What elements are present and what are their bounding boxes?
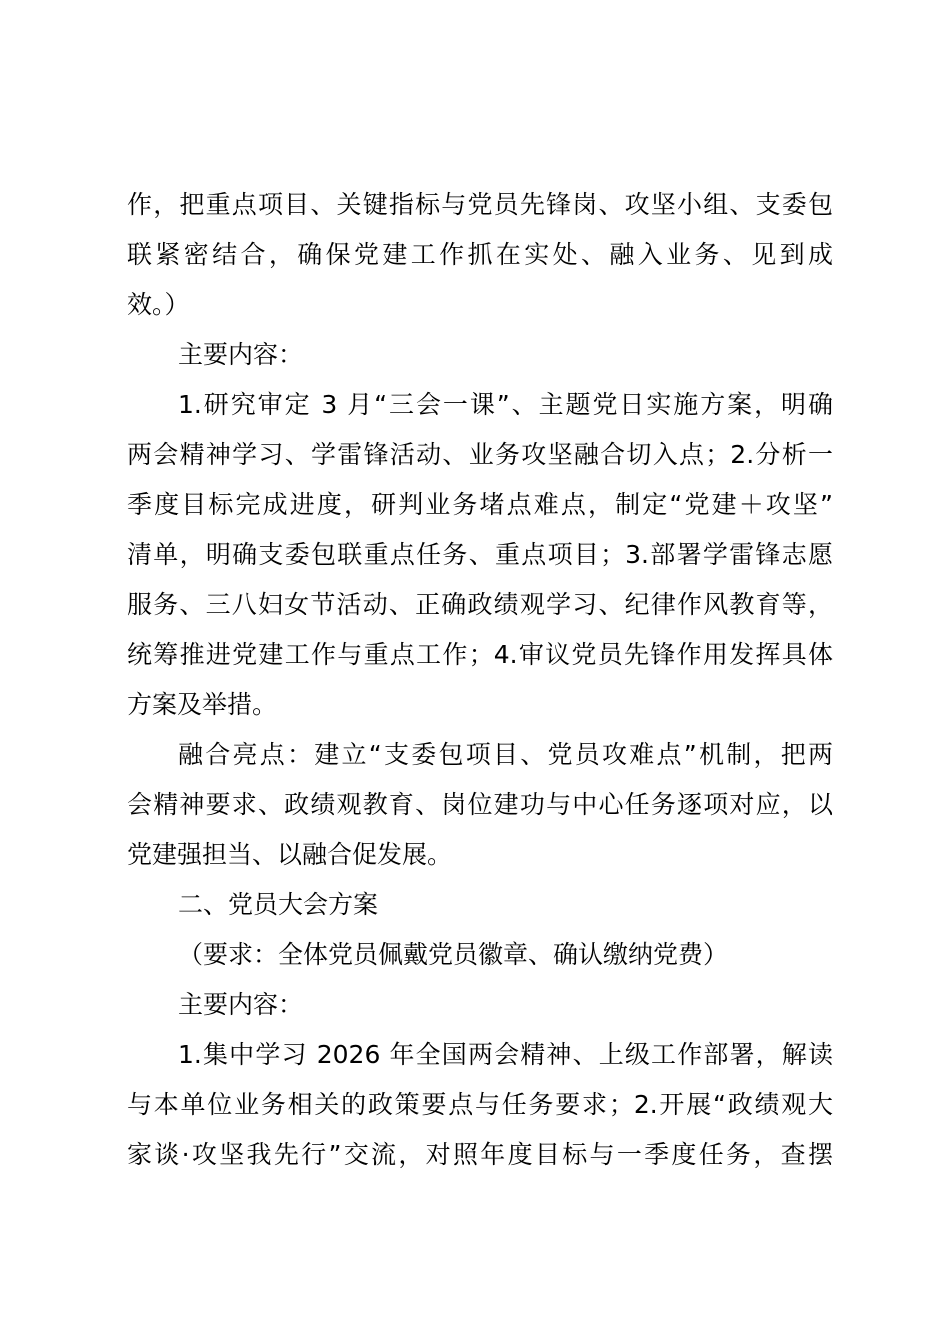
paragraph-line: 联紧密结合，确保党建工作抓在实处、融入业务、见到成 (127, 230, 833, 280)
paragraph-line: 1.研究审定 3 月“三会一课”、主题党日实施方案，明确 (178, 380, 833, 430)
section-label-main-content: 主要内容： (178, 980, 833, 1030)
paragraph-line: 服务、三八妇女节活动、正确政绩观学习、纪律作风教育等， (127, 580, 833, 630)
paragraph-line: 作，把重点项目、关键指标与党员先锋岗、攻坚小组、支委包 (127, 180, 833, 230)
paragraph-line: 家谈·攻坚我先行”交流，对照年度目标与一季度任务，查摆 (127, 1130, 833, 1180)
paragraph-line: 会精神要求、政绩观教育、岗位建功与中心任务逐项对应，以 (127, 780, 833, 830)
requirement-note: （要求：全体党员佩戴党员徽章、确认缴纳党费） (178, 930, 833, 980)
paragraph-line: 季度目标完成进度，研判业务堵点难点，制定“党建＋攻坚” (127, 480, 833, 530)
paragraph-line-highlight: 融合亮点：建立“支委包项目、党员攻难点”机制，把两 (178, 730, 833, 780)
paragraph-line: 统筹推进党建工作与重点工作；4.审议党员先锋作用发挥具体 (127, 630, 833, 680)
paragraph-line: 与本单位业务相关的政策要点与任务要求；2.开展“政绩观大 (127, 1080, 833, 1130)
paragraph-line: 方案及举措。 (127, 680, 833, 730)
paragraph-line: 效。） (127, 280, 833, 330)
paragraph-line: 党建强担当、以融合促发展。 (127, 830, 833, 880)
section-label-main-content: 主要内容： (178, 330, 833, 380)
paragraph-line: 清单，明确支委包联重点任务、重点项目；3.部署学雷锋志愿 (127, 530, 833, 580)
paragraph-line: 1.集中学习 2026 年全国两会精神、上级工作部署，解读 (178, 1030, 833, 1080)
document-page: 作，把重点项目、关键指标与党员先锋岗、攻坚小组、支委包 联紧密结合，确保党建工作… (0, 0, 950, 1344)
section-heading-party-congress: 二、党员大会方案 (178, 880, 833, 930)
paragraph-line: 两会精神学习、学雷锋活动、业务攻坚融合切入点；2.分析一 (127, 430, 833, 480)
